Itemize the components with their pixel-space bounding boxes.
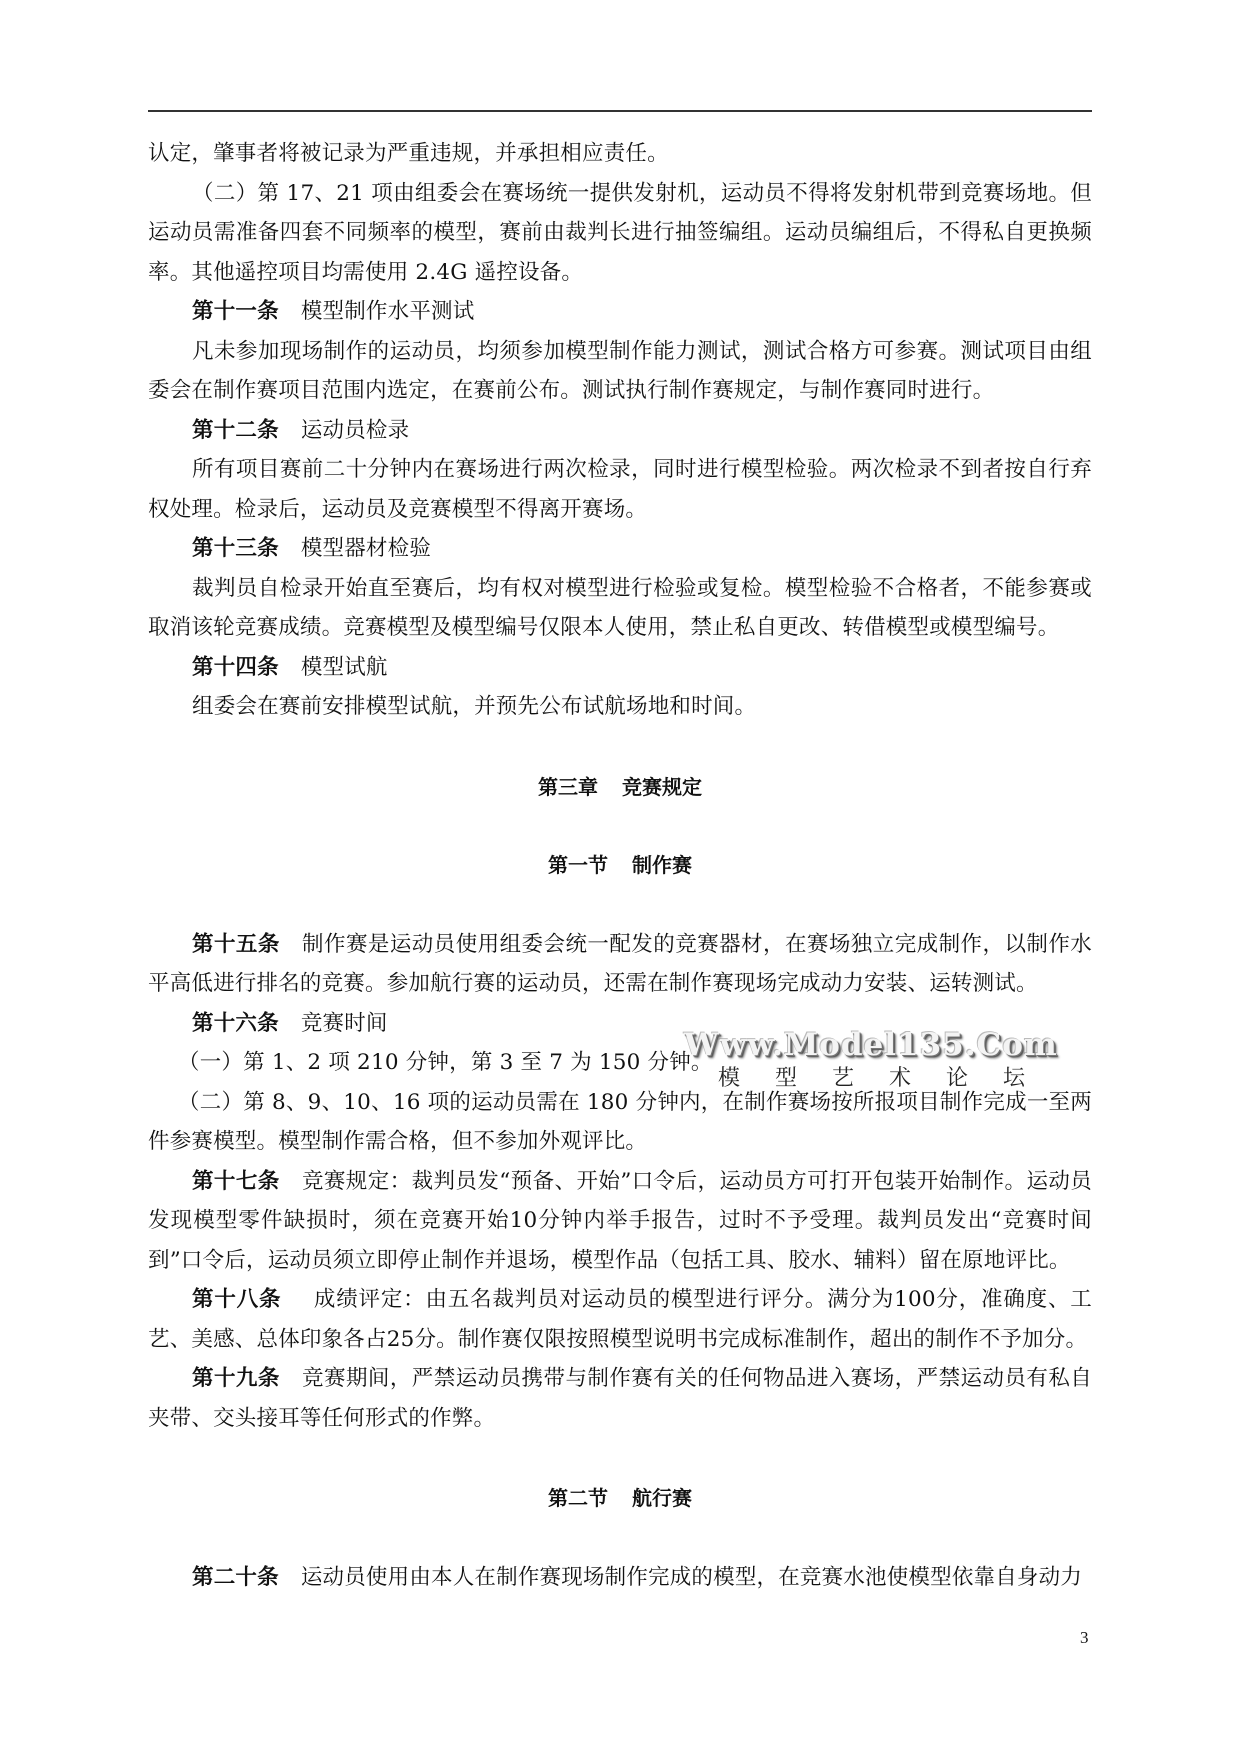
continuation-paragraph: 认定，肇事者将被记录为严重违规，并承担相应责任。 <box>148 134 1092 174</box>
article-20-text: 运动员使用由本人在制作赛现场制作完成的模型，在竞赛水池使模型依靠自身动力 <box>301 1565 1082 1590</box>
header-rule <box>148 110 1092 112</box>
article-14-title: 模型试航 <box>301 655 388 680</box>
article-16-number: 第十六条 <box>192 1011 279 1036</box>
article-18: 第十八条成绩评定：由五名裁判员对运动员的模型进行评分。满分为100分，准确度、工… <box>148 1280 1092 1359</box>
section-1-number: 第一节 <box>548 853 608 877</box>
article-13-body: 裁判员自检录开始直至赛后，均有权对模型进行检验或复检。模型检验不合格者，不能参赛… <box>148 569 1092 648</box>
article-16-item-2: （二）第 8、9、10、16 项的运动员需在 180 分钟内，在制作赛场按所报项… <box>148 1083 1092 1162</box>
article-12-number: 第十二条 <box>192 418 279 443</box>
chapter-title: 竞赛规定 <box>622 775 702 799</box>
article-14-number: 第十四条 <box>192 655 279 680</box>
article-19-number: 第十九条 <box>192 1366 280 1391</box>
article-16-item-1: （一）第 1、2 项 210 分钟，第 3 至 7 为 150 分钟。 <box>148 1043 1092 1083</box>
clause-2-paragraph: （二）第 17、21 项由组委会在赛场统一提供发射机，运动员不得将发射机带到竞赛… <box>148 174 1092 293</box>
page-number: 3 <box>1080 1628 1089 1648</box>
section-2-heading: 第二节航行赛 <box>148 1478 1092 1518</box>
article-14-text: 组委会在赛前安排模型试航，并预先公布试航场地和时间。 <box>192 694 756 719</box>
article-13-number: 第十三条 <box>192 536 279 561</box>
article-19: 第十九条竞赛期间，严禁运动员携带与制作赛有关的任何物品进入赛场，严禁运动员有私自… <box>148 1359 1092 1438</box>
article-15-number: 第十五条 <box>192 932 280 957</box>
article-18-text: 成绩评定：由五名裁判员对运动员的模型进行评分。满分为100分，准确度、工艺、美感… <box>148 1287 1092 1352</box>
article-11-number: 第十一条 <box>192 299 279 324</box>
spacer <box>148 1518 1092 1558</box>
article-15-text: 制作赛是运动员使用组委会统一配发的竞赛器材，在赛场独立完成制作，以制作水平高低进… <box>148 932 1092 997</box>
clause-2-text: （二）第 17、21 项由组委会在赛场统一提供发射机，运动员不得将发射机带到竞赛… <box>148 181 1092 285</box>
article-13-heading: 第十三条模型器材检验 <box>148 529 1092 569</box>
continuation-text: 认定，肇事者将被记录为严重违规，并承担相应责任。 <box>148 141 669 166</box>
article-17-number: 第十七条 <box>192 1169 280 1194</box>
article-19-text: 竞赛期间，严禁运动员携带与制作赛有关的任何物品进入赛场，严禁运动员有私自夹带、交… <box>148 1366 1092 1431</box>
article-12-body: 所有项目赛前二十分钟内在赛场进行两次检录，同时进行模型检验。两次检录不到者按自行… <box>148 450 1092 529</box>
section-1-heading: 第一节制作赛 <box>148 845 1092 885</box>
article-20: 第二十条运动员使用由本人在制作赛现场制作完成的模型，在竞赛水池使模型依靠自身动力 <box>148 1558 1092 1598</box>
article-16-title: 竞赛时间 <box>301 1011 388 1036</box>
article-12-title: 运动员检录 <box>301 418 410 443</box>
spacer <box>148 1438 1092 1478</box>
spacer <box>148 807 1092 845</box>
page-content: 认定，肇事者将被记录为严重违规，并承担相应责任。 （二）第 17、21 项由组委… <box>148 134 1092 1598</box>
spacer <box>148 885 1092 925</box>
article-11-body: 凡未参加现场制作的运动员，均须参加模型制作能力测试，测试合格方可参赛。测试项目由… <box>148 332 1092 411</box>
article-14-body: 组委会在赛前安排模型试航，并预先公布试航场地和时间。 <box>148 687 1092 727</box>
article-17: 第十七条竞赛规定：裁判员发“预备、开始”口令后，运动员方可打开包装开始制作。运动… <box>148 1162 1092 1281</box>
article-12-text: 所有项目赛前二十分钟内在赛场进行两次检录，同时进行模型检验。两次检录不到者按自行… <box>148 457 1092 522</box>
article-11-title: 模型制作水平测试 <box>301 299 475 324</box>
document-page: 认定，肇事者将被记录为严重违规，并承担相应责任。 （二）第 17、21 项由组委… <box>0 0 1240 1753</box>
article-18-number: 第十八条 <box>192 1287 281 1312</box>
chapter-number: 第三章 <box>538 775 598 799</box>
article-16-item-2-text: （二）第 8、9、10、16 项的运动员需在 180 分钟内，在制作赛场按所报项… <box>148 1090 1092 1155</box>
spacer <box>148 727 1092 767</box>
article-12-heading: 第十二条运动员检录 <box>148 411 1092 451</box>
article-15: 第十五条制作赛是运动员使用组委会统一配发的竞赛器材，在赛场独立完成制作，以制作水… <box>148 925 1092 1004</box>
article-13-text: 裁判员自检录开始直至赛后，均有权对模型进行检验或复检。模型检验不合格者，不能参赛… <box>148 576 1092 641</box>
article-17-text: 竞赛规定：裁判员发“预备、开始”口令后，运动员方可打开包装开始制作。运动员发现模… <box>148 1169 1092 1273</box>
section-2-number: 第二节 <box>548 1486 608 1510</box>
section-1-title: 制作赛 <box>632 853 692 877</box>
article-14-heading: 第十四条模型试航 <box>148 648 1092 688</box>
article-13-title: 模型器材检验 <box>301 536 431 561</box>
article-11-text: 凡未参加现场制作的运动员，均须参加模型制作能力测试，测试合格方可参赛。测试项目由… <box>148 339 1092 404</box>
article-16-heading: 第十六条竞赛时间 <box>148 1004 1092 1044</box>
article-16-item-1-text: （一）第 1、2 项 210 分钟，第 3 至 7 为 150 分钟。 <box>178 1050 713 1075</box>
article-11-heading: 第十一条模型制作水平测试 <box>148 292 1092 332</box>
section-2-title: 航行赛 <box>632 1486 692 1510</box>
chapter-heading: 第三章竞赛规定 <box>148 767 1092 807</box>
article-20-number: 第二十条 <box>192 1565 279 1590</box>
